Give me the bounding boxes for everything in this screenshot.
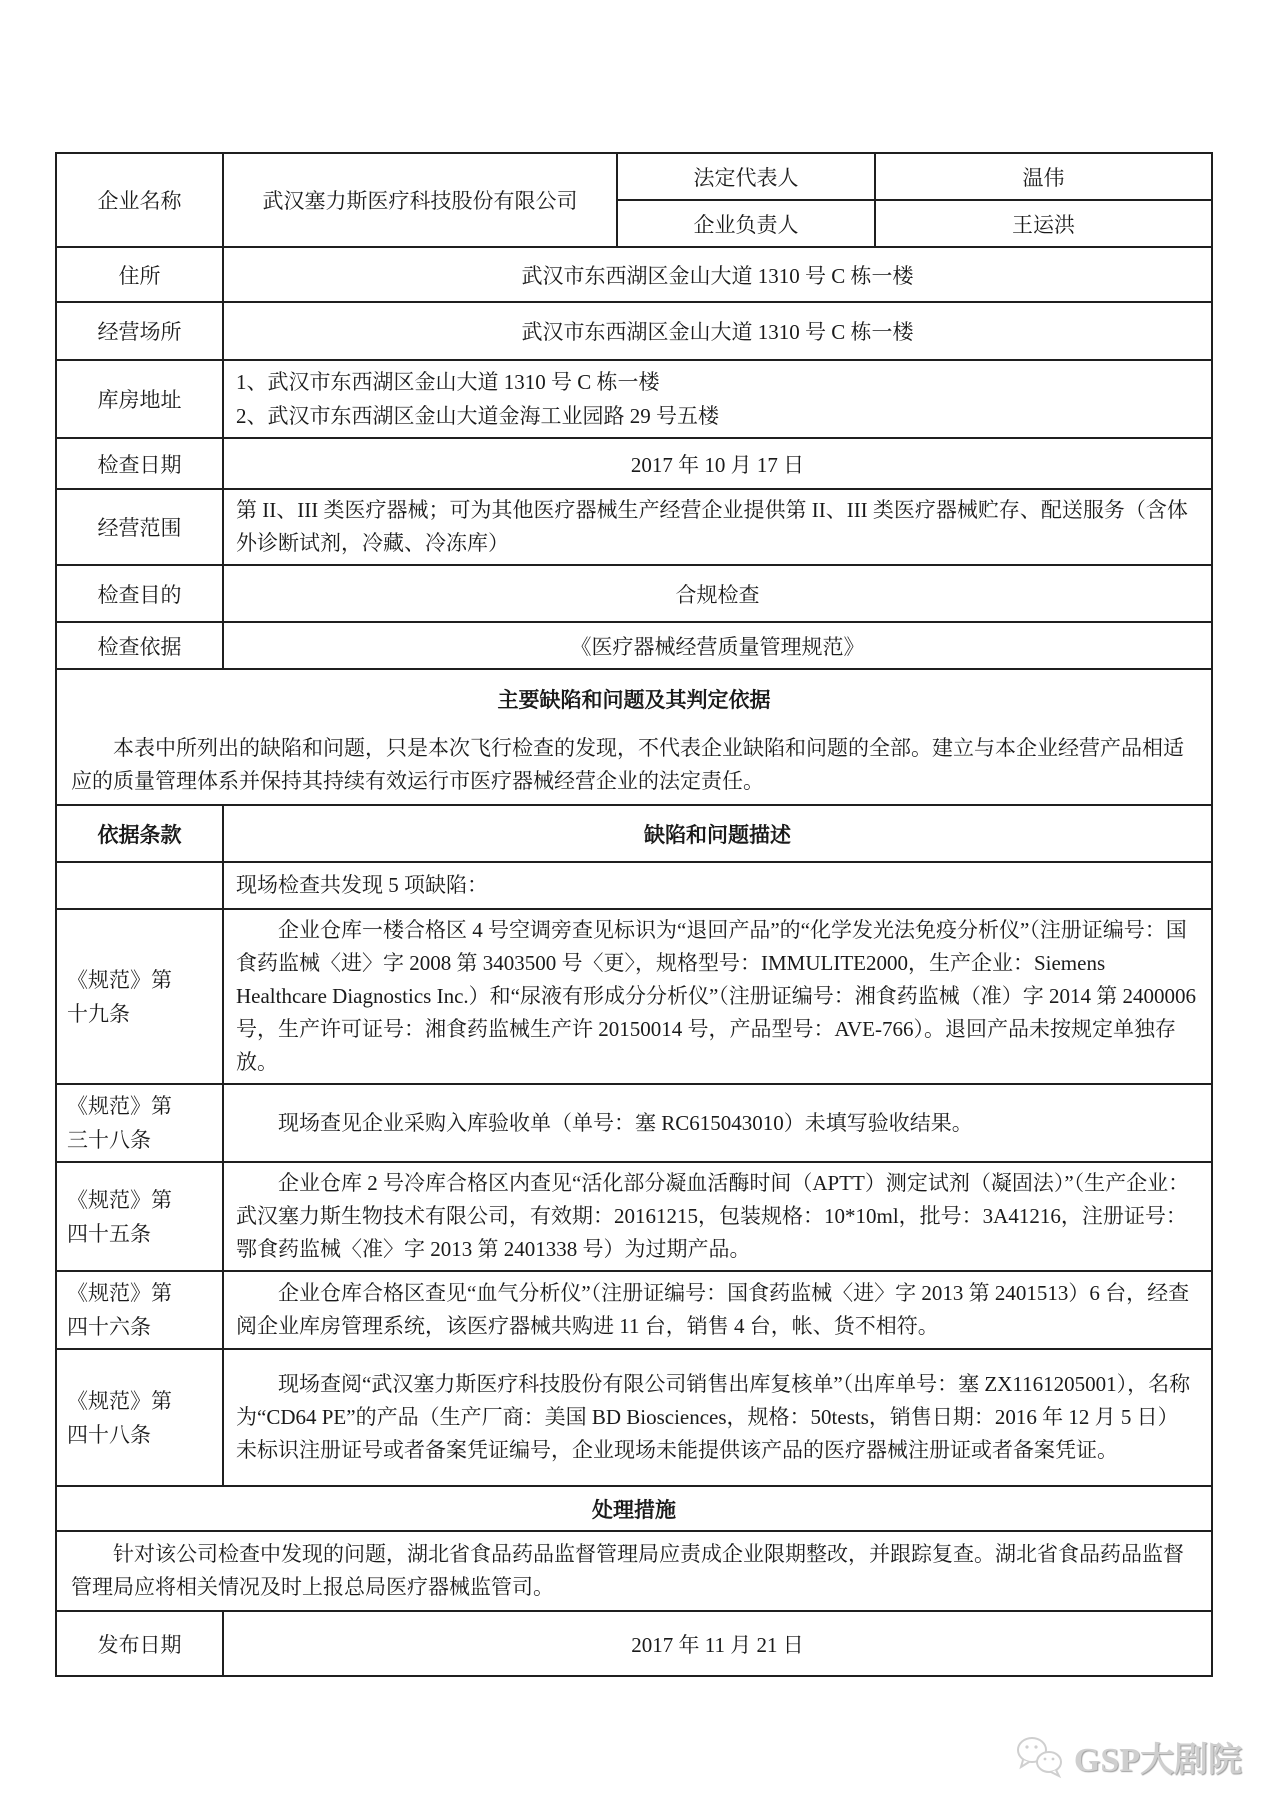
defect-row-clause-45: 《规范》第 四十五条 企业仓库 2 号冷库合格区内查见“活化部分凝血活酶时间（A… [57, 1161, 1211, 1270]
manager-row: 企业负责人 王运洪 [618, 199, 1211, 246]
inspection-date-row: 检查日期 2017 年 10 月 17 日 [57, 437, 1211, 488]
clause-19-label: 《规范》第 十九条 [57, 910, 224, 1083]
inspection-date-value: 2017 年 10 月 17 日 [224, 439, 1211, 488]
inspection-purpose-label: 检查目的 [57, 566, 224, 621]
inspection-purpose-value: 合规检查 [224, 566, 1211, 621]
measures-title-row: 处理措施 [57, 1485, 1211, 1530]
manager-value: 王运洪 [876, 201, 1211, 246]
clause-46-label: 《规范》第 四十六条 [57, 1272, 224, 1348]
company-name-label: 企业名称 [57, 154, 224, 246]
clause-48-description: 现场查阅“武汉塞力斯医疗科技股份有限公司销售出库复核单”（出库单号：塞 ZX11… [236, 1368, 1199, 1467]
warehouse-address-value: 1、武汉市东西湖区金山大道 1310 号 C 栋一楼 2、武汉市东西湖区金山大道… [224, 361, 1211, 437]
watermark-text: GSP大剧院 [1074, 1732, 1242, 1781]
measures-body: 针对该公司检查中发现的问题，湖北省食品药品监督管理局应责成企业限期整改，并跟踪复… [71, 1538, 1197, 1604]
warehouse-address-label: 库房地址 [57, 361, 224, 437]
clause-45-description: 企业仓库 2 号冷库合格区内查见“活化部分凝血活酶时间（APTT）测定试剂（凝固… [236, 1167, 1199, 1266]
wechat-icon [1014, 1735, 1066, 1779]
clause-45-label: 《规范》第 四十五条 [57, 1163, 224, 1270]
clause-38-description: 现场查见企业采购入库验收单（单号：塞 RC615043010）未填写验收结果。 [236, 1107, 1199, 1140]
warehouse-address-row: 库房地址 1、武汉市东西湖区金山大道 1310 号 C 栋一楼 2、武汉市东西湖… [57, 359, 1211, 437]
measures-body-row: 针对该公司检查中发现的问题，湖北省食品药品监督管理局应责成企业限期整改，并跟踪复… [57, 1530, 1211, 1610]
business-place-value: 武汉市东西湖区金山大道 1310 号 C 栋一楼 [224, 303, 1211, 359]
business-scope-value: 第 II、III 类医疗器械；可为其他医疗器械生产经营企业提供第 II、III … [236, 494, 1199, 560]
inspection-date-label: 检查日期 [57, 439, 224, 488]
clause-48-label: 《规范》第 四十八条 [57, 1350, 224, 1485]
residence-row: 住所 武汉市东西湖区金山大道 1310 号 C 栋一楼 [57, 246, 1211, 301]
legal-rep-value: 温伟 [876, 154, 1211, 199]
inspection-purpose-row: 检查目的 合规检查 [57, 564, 1211, 621]
inspection-basis-row: 检查依据 《医疗器械经营质量管理规范》 [57, 621, 1211, 668]
defects-section-intro: 本表中所列出的缺陷和问题，只是本次飞行检查的发现，不代表企业缺陷和问题的全部。建… [71, 732, 1197, 798]
representative-subgrid: 法定代表人 温伟 企业负责人 王运洪 [618, 154, 1211, 246]
publish-date-row: 发布日期 2017 年 11 月 21 日 [57, 1610, 1211, 1675]
clause-38-label: 《规范》第 三十八条 [57, 1085, 224, 1161]
publish-date-value: 2017 年 11 月 21 日 [224, 1612, 1211, 1675]
clause-column-header: 依据条款 [57, 806, 224, 861]
clause-46-description: 企业仓库合格区查见“血气分析仪”（注册证编号：国食药监械〈进〉字 2013 第 … [236, 1277, 1199, 1343]
defect-row-clause-46: 《规范》第 四十六条 企业仓库合格区查见“血气分析仪”（注册证编号：国食药监械〈… [57, 1270, 1211, 1348]
defect-row-clause-19: 《规范》第 十九条 企业仓库一楼合格区 4 号空调旁查见标识为“退回产品”的“化… [57, 908, 1211, 1083]
inspection-form-table: 企业名称 武汉塞力斯医疗科技股份有限公司 法定代表人 温伟 企业负责人 王运洪 … [55, 152, 1213, 1677]
document-page: 企业名称 武汉塞力斯医疗科技股份有限公司 法定代表人 温伟 企业负责人 王运洪 … [0, 0, 1280, 1810]
clause-19-description: 企业仓库一楼合格区 4 号空调旁查见标识为“退回产品”的“化学发光法免疫分析仪”… [236, 914, 1199, 1079]
inspection-basis-value: 《医疗器械经营质量管理规范》 [224, 623, 1211, 668]
measures-title: 处理措施 [57, 1487, 1211, 1530]
business-place-row: 经营场所 武汉市东西湖区金山大道 1310 号 C 栋一楼 [57, 301, 1211, 359]
company-row: 企业名称 武汉塞力斯医疗科技股份有限公司 法定代表人 温伟 企业负责人 王运洪 [57, 154, 1211, 246]
legal-rep-row: 法定代表人 温伟 [618, 154, 1211, 199]
legal-rep-label: 法定代表人 [618, 154, 876, 199]
business-place-label: 经营场所 [57, 303, 224, 359]
business-scope-row: 经营范围 第 II、III 类医疗器械；可为其他医疗器械生产经营企业提供第 II… [57, 488, 1211, 564]
description-column-header: 缺陷和问题描述 [224, 806, 1211, 861]
defect-row-clause-38: 《规范》第 三十八条 现场查见企业采购入库验收单（单号：塞 RC61504301… [57, 1083, 1211, 1161]
defect-row-clause-48: 《规范》第 四十八条 现场查阅“武汉塞力斯医疗科技股份有限公司销售出库复核单”（… [57, 1348, 1211, 1485]
company-name-value: 武汉塞力斯医疗科技股份有限公司 [224, 154, 618, 246]
defects-header-row: 依据条款 缺陷和问题描述 [57, 804, 1211, 861]
defects-section: 主要缺陷和问题及其判定依据 本表中所列出的缺陷和问题，只是本次飞行检查的发现，不… [57, 670, 1211, 804]
business-scope-label: 经营范围 [57, 490, 224, 564]
manager-label: 企业负责人 [618, 201, 876, 246]
defects-section-row: 主要缺陷和问题及其判定依据 本表中所列出的缺陷和问题，只是本次飞行检查的发现，不… [57, 668, 1211, 804]
inspection-basis-label: 检查依据 [57, 623, 224, 668]
residence-label: 住所 [57, 248, 224, 301]
publish-date-label: 发布日期 [57, 1612, 224, 1675]
defects-section-title: 主要缺陷和问题及其判定依据 [71, 676, 1197, 718]
footer-watermark: GSP大剧院 [1014, 1732, 1242, 1781]
residence-value: 武汉市东西湖区金山大道 1310 号 C 栋一楼 [224, 248, 1211, 301]
defects-note-row: 现场检查共发现 5 项缺陷： [57, 861, 1211, 908]
defects-note-text: 现场检查共发现 5 项缺陷： [236, 869, 1199, 902]
defects-note-clause [57, 863, 224, 908]
